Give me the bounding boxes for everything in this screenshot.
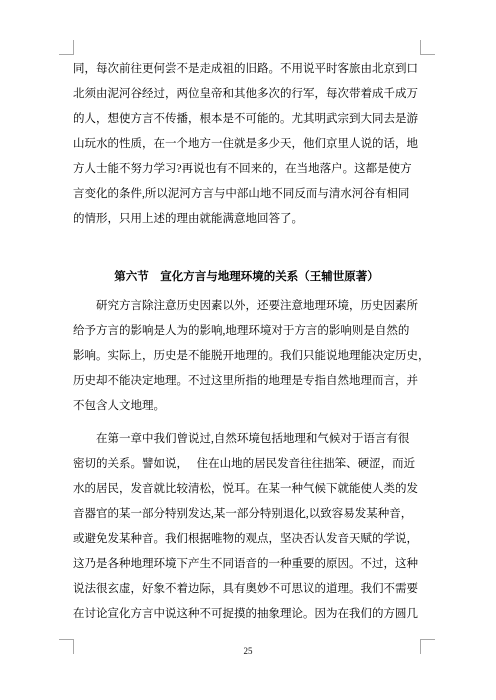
text-line: 北须由泥河谷经过，两位皇帝和其他多次的行军，每次带着成千成万 bbox=[73, 82, 420, 107]
text-boundary-mark-top-left bbox=[59, 40, 74, 55]
document-page: 同，每次前往更何尝不是走成祖的旧路。不用说平时客旅由北京到口北须由泥河谷经过，两… bbox=[0, 0, 496, 700]
text-line: 的情形，只用上述的理由就能满意地回答了。 bbox=[73, 207, 420, 232]
text-line: 不包含人文地理。 bbox=[73, 394, 420, 419]
body-paragraph-2: 研究方言除注意历史因素以外，还要注意地理环境，历史因素所给予方言的影响是人为的影… bbox=[73, 294, 420, 419]
text-line: 方人士能不努力学习?再说也有不回来的，在当地落户。这都是使方 bbox=[73, 157, 420, 182]
text-line: 的人，想使方言不传播，根本是不可能的。尤其明武宗到大同去是游 bbox=[73, 107, 420, 132]
section-heading: 第六节 宣化方言与地理环境的关系（王辅世原著） bbox=[73, 265, 420, 290]
text-line: 密切的关系。譬如说， 住在山地的居民发音往往拙笨、硬涩，而近 bbox=[73, 452, 420, 477]
body-paragraph-1: 同，每次前往更何尝不是走成祖的旧路。不用说平时客旅由北京到口北须由泥河谷经过，两… bbox=[73, 57, 420, 232]
text-line: 这乃是各种地理环境下产生不同语音的一种重要的原因。不过，这种 bbox=[73, 552, 420, 577]
text-line: 说法很玄虚，好象不着边际，具有奥妙不可思议的道理。我们不需要 bbox=[73, 577, 420, 602]
text-line: 影响。实际上，历史是不能脱开地理的。我们只能说地理能决定历史， bbox=[73, 344, 420, 369]
text-line: 山玩水的性质，在一个地方一住就是多少天，他们京里人说的话，地 bbox=[73, 132, 420, 157]
text-line: 或避免发某种音。我们根据唯物的观点，坚决否认发音天赋的学说， bbox=[73, 527, 420, 552]
page-number: 25 bbox=[0, 645, 496, 657]
text-line: 言变化的条件,所以泥河方言与中部山地不同反而与清水河谷有相同 bbox=[73, 182, 420, 207]
text-line: 研究方言除注意历史因素以外，还要注意地理环境，历史因素所 bbox=[73, 294, 420, 319]
text-line: 在讨论宣化方言中说这种不可捉摸的抽象理论。因为在我们的方圆几 bbox=[73, 602, 420, 627]
text-line: 历史却不能决定地理。不过这里所指的地理是专指自然地理而言，并 bbox=[73, 369, 420, 394]
text-line: 同，每次前往更何尝不是走成祖的旧路。不用说平时客旅由北京到口 bbox=[73, 57, 420, 82]
text-line: 水的居民，发音就比较清松，悦耳。在某一种气候下就能使人类的发 bbox=[73, 477, 420, 502]
text-line: 音器官的某一部分特别发达,某一部分特别退化,以致容易发某种音， bbox=[73, 502, 420, 527]
text-line: 给予方言的影响是人为的影响,地理环境对于方言的影响则是自然的 bbox=[73, 319, 420, 344]
text-line: 在第一章中我们曾说过,自然环境包括地理和气候对于语言有很 bbox=[73, 427, 420, 452]
text-boundary-mark-top-right bbox=[420, 40, 435, 55]
body-paragraph-3: 在第一章中我们曾说过,自然环境包括地理和气候对于语言有很密切的关系。譬如说， 住… bbox=[73, 427, 420, 627]
